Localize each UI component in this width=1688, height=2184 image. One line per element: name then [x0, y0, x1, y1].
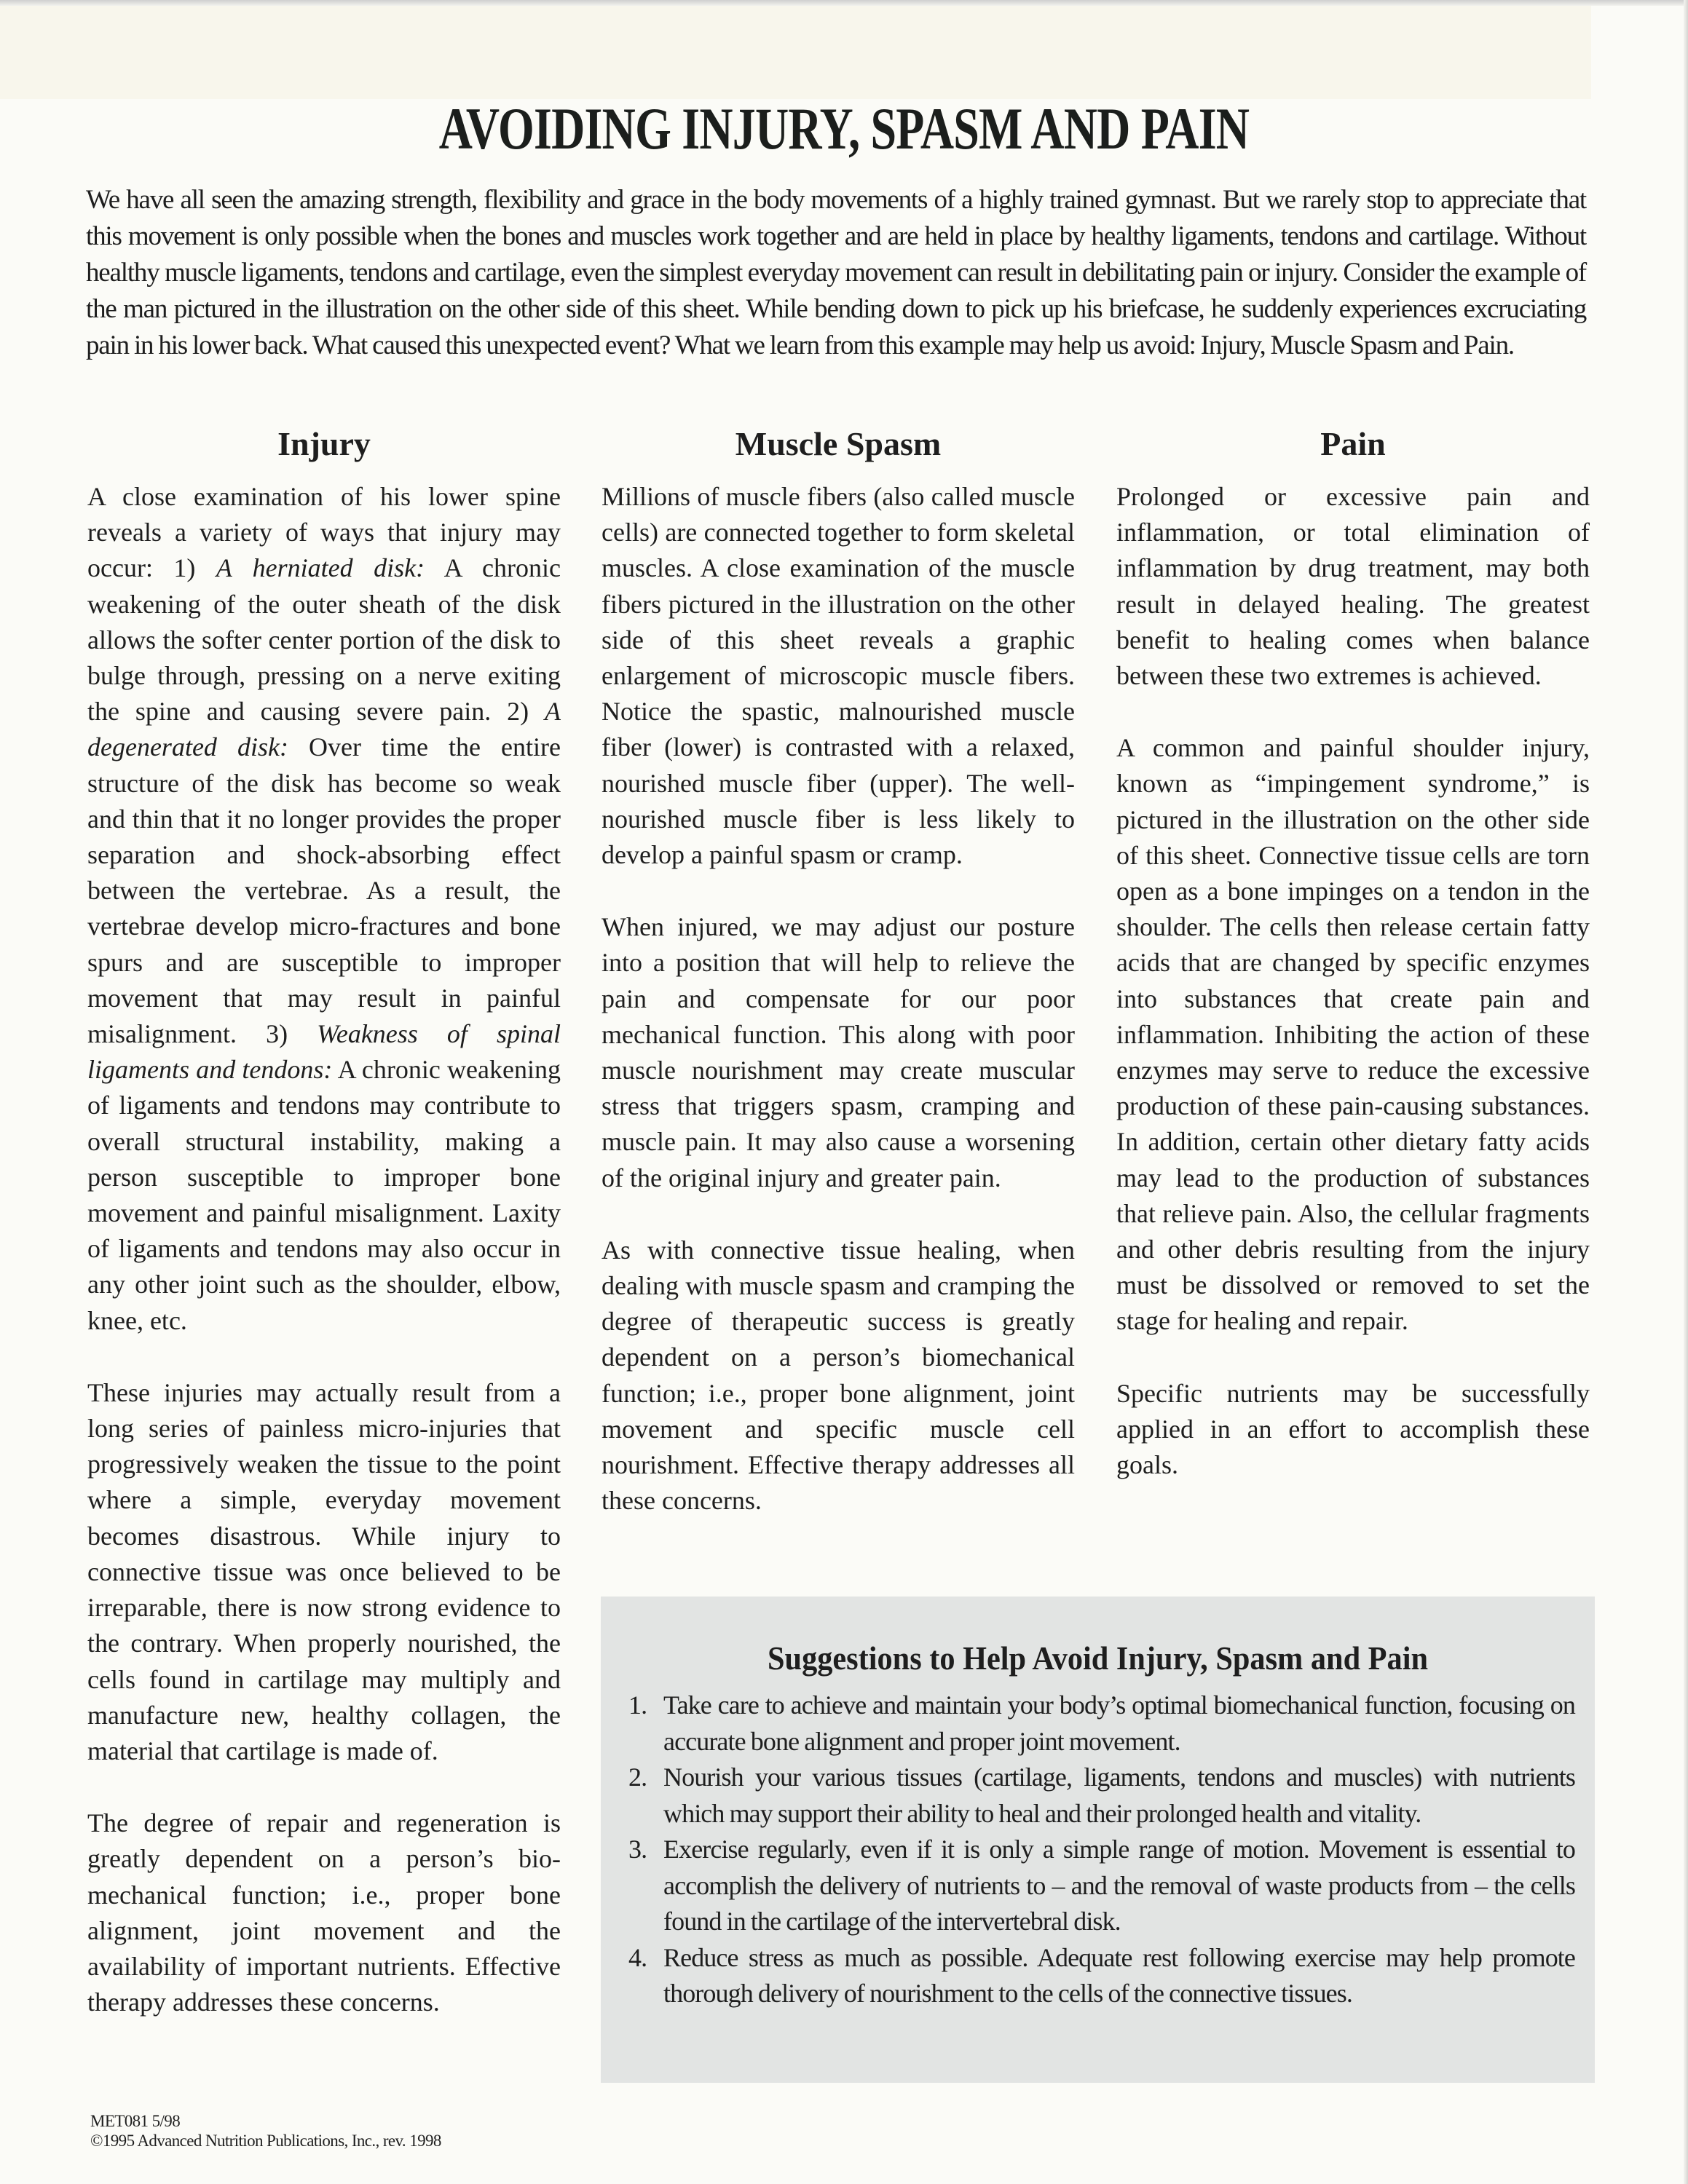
scan-top-edge: [0, 0, 1688, 6]
document-code: MET081 5/98: [90, 2111, 441, 2131]
footer: MET081 5/98 ©1995 Advanced Nutrition Pub…: [90, 2111, 441, 2151]
suggestion-item: 2. Nourish your various tissues (cartila…: [628, 1760, 1575, 1832]
suggestion-number: 3.: [628, 1832, 647, 1868]
suggestion-text: Exercise regularly, even if it is only a…: [663, 1835, 1575, 1936]
column-pain: Pain Prolonged or excessive pain and inf…: [1116, 422, 1590, 1483]
text-run: A chronic weakening of ligaments and ten…: [87, 1055, 561, 1334]
suggestion-text: Reduce stress as much as possible. Adequ…: [663, 1943, 1575, 2009]
suggestion-item: 1. Take care to achieve and maintain you…: [628, 1688, 1575, 1760]
page-right-edge: [1684, 0, 1688, 2184]
column-muscle-spasm: Muscle Spasm Millions of muscle fibers (…: [602, 422, 1075, 1519]
pain-paragraph-2: A common and painful shoulder injury, kn…: [1116, 730, 1590, 1339]
heading-pain: Pain: [1116, 422, 1590, 466]
spasm-paragraph-1: Millions of muscle fibers (also called m…: [602, 479, 1075, 873]
heading-muscle-spasm: Muscle Spasm: [602, 422, 1075, 466]
suggestion-item: 3. Exercise regularly, even if it is onl…: [628, 1832, 1575, 1940]
suggestion-text: Nourish your various tissues (cartilage,…: [663, 1762, 1575, 1828]
pain-paragraph-1: Prolonged or excessive pain and inflamma…: [1116, 479, 1590, 694]
heading-injury: Injury: [87, 422, 561, 466]
suggestion-item: 4. Reduce stress as much as possible. Ad…: [628, 1940, 1575, 2012]
suggestions-title: Suggestions to Help Avoid Injury, Spasm …: [641, 1639, 1555, 1677]
intro-paragraph: We have all seen the amazing strength, f…: [86, 182, 1586, 364]
spasm-paragraph-2: When injured, we may adjust our posture …: [602, 909, 1075, 1196]
spasm-paragraph-3: As with connective tissue healing, when …: [602, 1233, 1075, 1519]
injury-paragraph-2: These injuries may actually result from …: [87, 1375, 561, 1769]
injury-paragraph-3: The degree of repair and regeneration is…: [87, 1805, 561, 2020]
suggestion-number: 2.: [628, 1760, 647, 1796]
copyright-notice: ©1995 Advanced Nutrition Publications, I…: [90, 2131, 441, 2151]
term-herniated-disk: A herniated disk:: [216, 553, 425, 582]
page-title: AVOIDING INJURY, SPASM AND PAIN: [186, 95, 1502, 163]
suggestion-number: 4.: [628, 1940, 647, 1977]
suggestion-text: Take care to achieve and maintain your b…: [663, 1690, 1575, 1756]
injury-paragraph-1: A close examination of his lower spine r…: [87, 479, 561, 1339]
suggestions-box: Suggestions to Help Avoid Injury, Spasm …: [601, 1597, 1595, 2083]
scan-tinted-band: [0, 6, 1591, 99]
suggestion-number: 1.: [628, 1688, 647, 1724]
column-injury: Injury A close examination of his lower …: [87, 422, 561, 2020]
text-run: Over time the entire structure of the di…: [87, 732, 561, 1048]
suggestions-list: 1. Take care to achieve and maintain you…: [628, 1688, 1575, 2012]
pain-paragraph-3: Specific nutrients may be successfully a…: [1116, 1376, 1590, 1484]
